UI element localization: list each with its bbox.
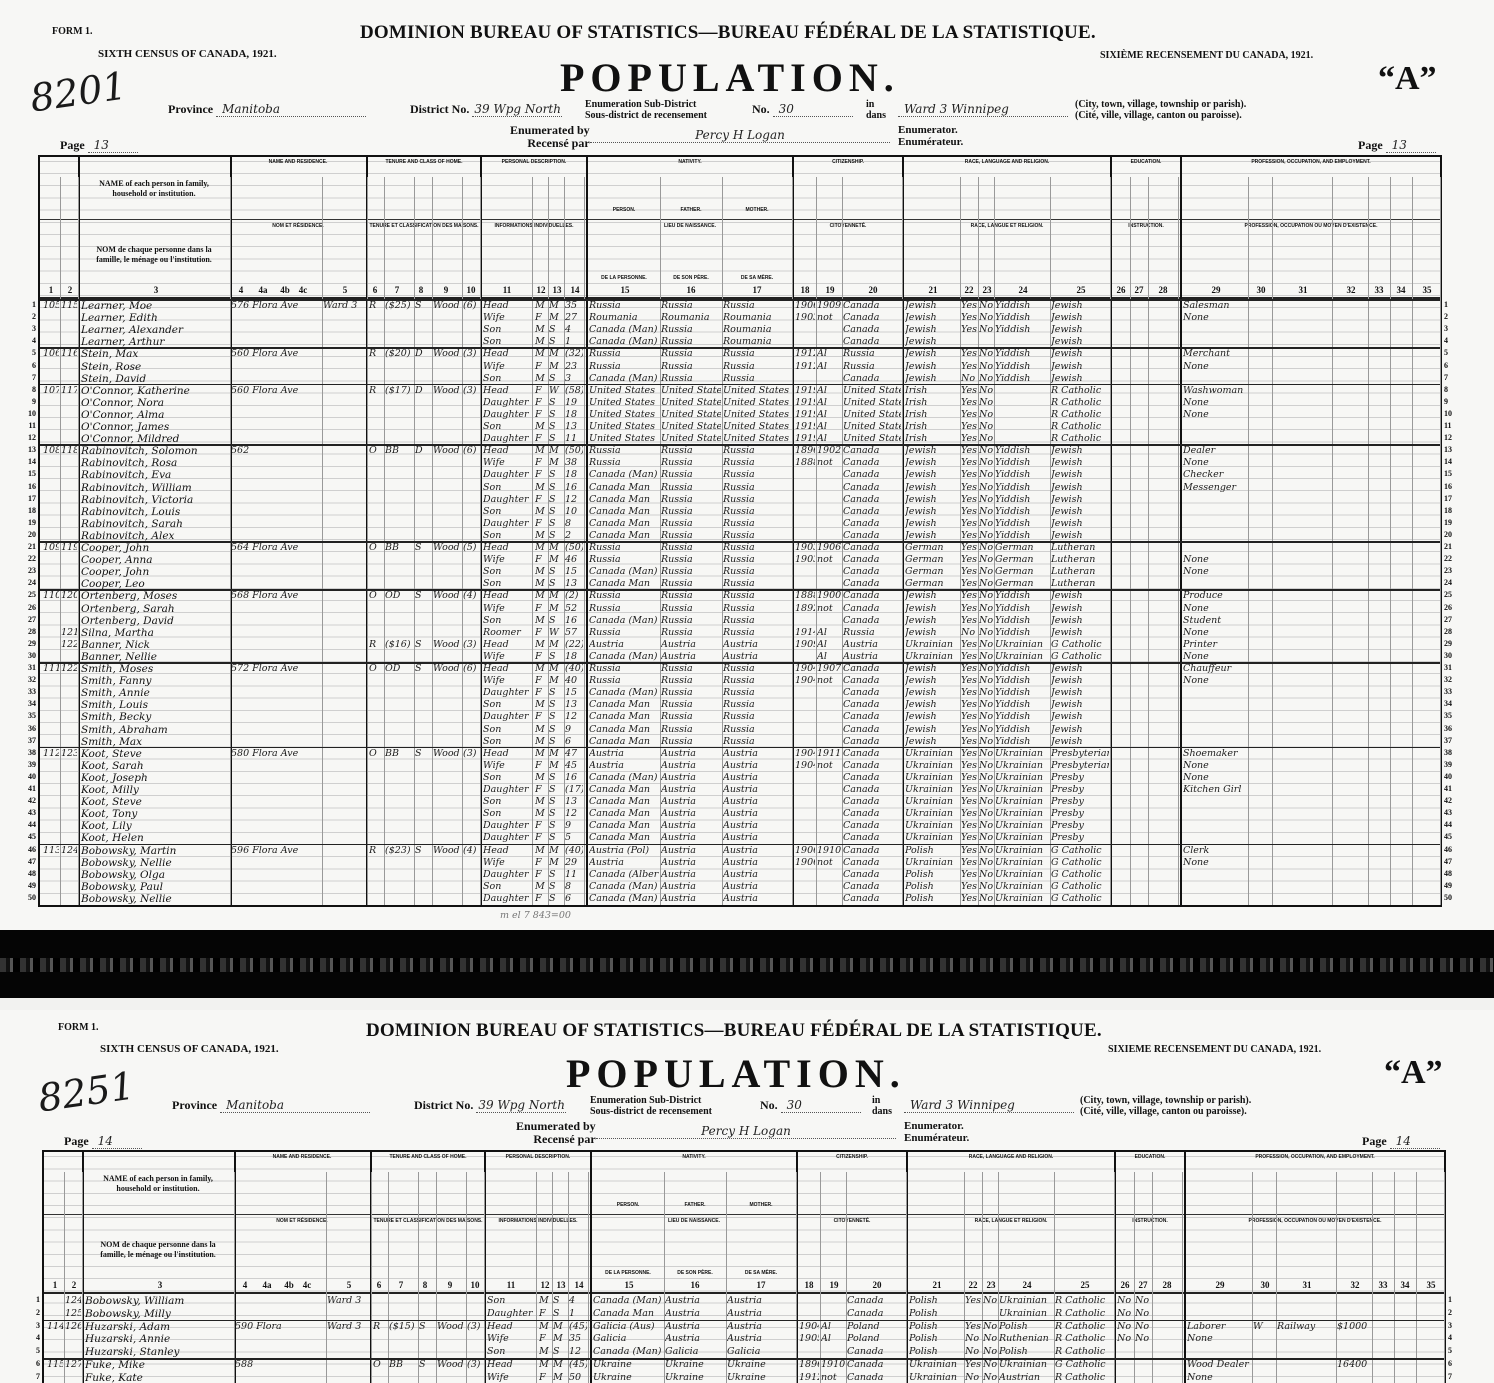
cell-wr: No — [1135, 1308, 1151, 1319]
cell-bp: Canada Man — [589, 482, 659, 493]
line-number: 15 — [1444, 469, 1462, 478]
cell-age: (58) — [565, 385, 583, 396]
cell-family: 120 — [61, 590, 77, 601]
cell-mat: Wood — [433, 663, 461, 674]
cell-res: 568 Flora Ave — [231, 590, 321, 601]
cell-fr: No — [979, 893, 993, 904]
cell-rent: BB — [385, 748, 413, 759]
line-number: 2 — [18, 312, 36, 321]
table-row: Koot, LilyDaughterFS9Canada ManAustriaAu… — [40, 820, 1440, 832]
line-number: 28 — [18, 627, 36, 636]
cell-age: 23 — [565, 361, 583, 372]
district-value: 39 Wpg North — [472, 102, 562, 117]
cell-occ: None — [1183, 760, 1247, 771]
cell-lang: Ukrainian — [999, 1295, 1053, 1306]
enumerator-field: Percy H Logan — [590, 128, 890, 143]
cell-origin: Jewish — [905, 445, 959, 456]
in-label: in dans — [866, 99, 886, 121]
line-number: 46 — [18, 845, 36, 854]
in-label: in dans — [872, 1095, 892, 1117]
column-number: 9 — [443, 1280, 457, 1290]
line-number: 5 — [22, 1346, 40, 1355]
cell-nat: 1907 — [817, 663, 841, 674]
cell-eng: No — [965, 1372, 981, 1383]
cell-name: Ortenberg, Sarah — [81, 603, 229, 615]
page-label: Page — [1358, 138, 1383, 152]
column-number: 10 — [468, 1280, 482, 1290]
cell-mar: S — [549, 711, 563, 722]
column-group-heading-fr: PROFESSION, OCCUPATION OU MOYEN D'EXISTE… — [1182, 223, 1440, 229]
cell-wr: No — [1135, 1295, 1151, 1306]
cell-relig: R Catholic — [1051, 409, 1109, 420]
cell-eng: Yes — [961, 494, 977, 505]
cell-bpf: Austria — [661, 760, 721, 771]
cell-origin: Jewish — [905, 336, 959, 347]
table-row: O'Connor, AlmaDaughterFS18United StatesU… — [40, 409, 1440, 421]
column-divider — [846, 1172, 847, 1383]
cell-bpf: Russia — [661, 530, 721, 541]
cell-eng: Yes — [961, 857, 977, 868]
cell-age: (22) — [565, 639, 583, 650]
cell-mar: S — [549, 409, 563, 420]
line-number: 15 — [18, 469, 36, 478]
cell-rel: Wife — [483, 675, 531, 686]
cell-mar: M — [549, 300, 563, 311]
cell-cls: S — [419, 1321, 435, 1332]
cell-occ: None — [1183, 772, 1247, 783]
cell-nat: not — [817, 603, 841, 614]
cell-mar: S — [549, 808, 563, 819]
cell-bpm: Galicia — [727, 1346, 795, 1357]
column-number: 9 — [439, 285, 453, 295]
cell-cls: S — [415, 663, 431, 674]
column-number: 26 — [1114, 285, 1128, 295]
table-row: 121Silna, MarthaRoomerFW57RussiaRussiaRu… — [40, 627, 1440, 639]
line-number: 12 — [1444, 433, 1462, 442]
cell-bp: Canada Man — [589, 494, 659, 505]
cell-bp: Galicia (Aus) — [593, 1321, 663, 1332]
cell-rel: Daughter — [483, 397, 531, 408]
cell-origin: Irish — [905, 397, 959, 408]
cell-age: 12 — [565, 711, 583, 722]
cell-relig: Jewish — [1051, 336, 1109, 347]
cell-sex: M — [535, 796, 547, 807]
cell-rel: Son — [483, 796, 531, 807]
cell-sex: M — [535, 542, 547, 553]
cell-lang: Yiddish — [995, 675, 1049, 686]
cell-sex: M — [535, 445, 547, 456]
column-number: 8 — [414, 285, 428, 295]
cell-origin: Jewish — [905, 469, 959, 480]
cell-nat: 1911 — [817, 748, 841, 759]
cell-tenure: O — [369, 663, 383, 674]
column-divider — [1276, 1172, 1277, 1383]
cell-fr: No — [979, 687, 993, 698]
cell-cls: S — [415, 748, 431, 759]
cell-age: 57 — [565, 627, 583, 638]
header-mid-rule — [44, 1214, 1444, 1215]
cell-relig: Jewish — [1051, 518, 1109, 529]
cell-bp: Canada (Man) — [589, 651, 659, 662]
cell-natl: Canada — [843, 518, 901, 529]
column-number: 13 — [554, 1280, 568, 1290]
cell-eng: Yes — [961, 361, 977, 372]
line-number: 40 — [1444, 772, 1462, 781]
cell-age: 16 — [565, 772, 583, 783]
page-field-left: Page 14 — [64, 1134, 142, 1149]
cell-natl: Canada — [843, 578, 901, 589]
cell-occ: Shoemaker — [1183, 748, 1247, 759]
footer-note: m el 7 843=00 — [500, 910, 800, 922]
cell-mar: S — [553, 1308, 567, 1319]
column-divider — [1416, 1172, 1417, 1383]
line-number: 37 — [1444, 736, 1462, 745]
line-number: 7 — [1444, 373, 1462, 382]
column-group-heading: RACE, LANGUAGE AND RELIGION. — [904, 159, 1110, 165]
line-number: 41 — [18, 784, 36, 793]
cell-family: 127 — [65, 1359, 81, 1370]
cell-bpm: Ukraine — [727, 1372, 795, 1383]
column-number: 2 — [63, 285, 77, 295]
line-number: 44 — [1444, 820, 1462, 829]
cell-origin: Irish — [905, 421, 959, 432]
cell-origin: Jewish — [905, 736, 959, 747]
cell-bpf: Galicia — [665, 1346, 725, 1357]
cell-eng: Yes — [965, 1295, 981, 1306]
cell-bpm: Austria — [723, 639, 791, 650]
column-divider — [82, 1172, 83, 1383]
table-row: Smith, BeckyDaughterFS12Canada ManRussia… — [40, 711, 1440, 723]
cell-mat: Wood — [437, 1359, 465, 1370]
line-number: 47 — [1444, 857, 1462, 866]
bureau-title: DOMINION BUREAU OF STATISTICS—BUREAU FÉD… — [366, 1020, 1102, 1042]
cell-origin: Jewish — [905, 457, 959, 468]
cell-relig: Presby — [1051, 820, 1109, 831]
cell-rent: ($16) — [385, 639, 413, 650]
cell-sex: M — [535, 663, 547, 674]
cell-relig: Presby — [1051, 784, 1109, 795]
cell-sex: F — [535, 433, 547, 444]
cell-nat: not — [817, 457, 841, 468]
cell-tenure: O — [373, 1359, 387, 1370]
cell-rel: Head — [483, 385, 531, 396]
cell-fr: No — [979, 784, 993, 795]
cell-fr: No — [979, 324, 993, 335]
cell-relig: Presbyterian — [1051, 760, 1109, 771]
column-number: 7 — [394, 1280, 408, 1290]
line-number: 41 — [1444, 784, 1462, 793]
cell-fr: No — [979, 530, 993, 541]
cell-lang: German — [995, 566, 1049, 577]
cell-eng: Yes — [961, 590, 977, 601]
cell-natl: Canada — [843, 845, 901, 856]
cell-eng: Yes — [961, 736, 977, 747]
line-number: 11 — [1444, 421, 1462, 430]
population-title: POPULATION. — [566, 1050, 906, 1097]
cell-bpf: Russia — [661, 445, 721, 456]
cell-eng: Yes — [961, 312, 977, 323]
cell-bpf: Russia — [661, 457, 721, 468]
line-number: 10 — [18, 409, 36, 418]
cell-fr: No — [979, 469, 993, 480]
cell-age: 35 — [569, 1333, 587, 1344]
cell-imm: 1892 — [795, 603, 815, 614]
cell-occ: Produce — [1183, 590, 1247, 601]
cell-bpf: Russia — [661, 724, 721, 735]
cell-rent: OD — [385, 590, 413, 601]
cell-fr: No — [983, 1346, 997, 1357]
cell-age: 35 — [565, 300, 583, 311]
cell-imm: 1912 — [795, 348, 815, 359]
cell-origin: Irish — [905, 433, 959, 444]
line-number: 21 — [18, 542, 36, 551]
cell-fr: No — [983, 1321, 997, 1332]
cell-eng: Yes — [961, 639, 977, 650]
column-number: 14 — [568, 285, 582, 295]
column-number: 1 — [44, 285, 58, 295]
cell-lang: Yiddish — [995, 687, 1049, 698]
cell-bpf: Austria — [665, 1295, 725, 1306]
line-number: 50 — [18, 893, 36, 902]
cell-mar: S — [549, 881, 563, 892]
cell-lang: Yiddish — [995, 736, 1049, 747]
cell-imm: 1903 — [795, 312, 815, 323]
cell-age: 47 — [565, 748, 583, 759]
cell-origin: Ukrainian — [909, 1372, 963, 1383]
subdistrict-label-fr: Sous-district de recensement — [590, 1106, 712, 1117]
line-number: 2 — [1448, 1308, 1466, 1317]
table-row: Learner, EdithWifeFM27RoumaniaRoumaniaRo… — [40, 312, 1440, 324]
cell-nat: Al — [821, 1321, 845, 1332]
cell-natl: Russia — [843, 348, 901, 359]
line-number: 38 — [18, 748, 36, 757]
line-number: 25 — [18, 590, 36, 599]
column-divider — [64, 1172, 65, 1383]
cell-age: 15 — [565, 566, 583, 577]
page-field-right: Page 14 — [1362, 1134, 1440, 1149]
cell-bpm: Austria — [723, 651, 791, 662]
cell-occ: Clerk — [1183, 845, 1247, 856]
cell-dwelling: 112 — [43, 748, 59, 759]
cell-rel: Daughter — [487, 1308, 535, 1319]
cell-bpm: Austria — [723, 881, 791, 892]
column-number: 6 — [368, 285, 382, 295]
line-number: 49 — [18, 881, 36, 890]
cell-res: 560 Flora Ave — [231, 348, 321, 359]
column-number: 15 — [622, 1280, 636, 1290]
cell-name: Cooper, Anna — [81, 554, 229, 566]
cell-mar: M — [553, 1359, 567, 1370]
cell-eng: Yes — [961, 784, 977, 795]
cell-tenure: O — [369, 590, 383, 601]
cell-rel: Head — [483, 845, 531, 856]
cell-bpm: Russia — [723, 699, 791, 710]
cell-tenure: R — [369, 639, 383, 650]
cell-bpm: Russia — [723, 445, 791, 456]
line-number: 46 — [1444, 845, 1462, 854]
column-group-heading-fr: INSTRUCTION. — [1116, 1218, 1184, 1224]
cell-bp: Canada (Man) — [589, 469, 659, 480]
cell-imm: 1896 — [799, 1359, 819, 1370]
cell-family: 118 — [61, 445, 77, 456]
cell-age: 12 — [565, 808, 583, 819]
cell-age: (17) — [565, 784, 583, 795]
cell-mar: M — [549, 542, 563, 553]
cell-sex: F — [535, 518, 547, 529]
cell-origin: Jewish — [905, 373, 959, 384]
table-row: Rabinovitch, WilliamSonMS16Canada ManRus… — [40, 482, 1440, 494]
enumerator-field: Percy H Logan — [596, 1124, 896, 1139]
cell-natl: Poland — [847, 1333, 905, 1344]
column-divider — [820, 1172, 821, 1383]
cell-lang: Ukrainian — [995, 796, 1049, 807]
table-row: Koot, JosephSonMS16Canada (Man)AustriaAu… — [40, 772, 1440, 784]
cell-fr: No — [979, 578, 993, 589]
column-divider — [726, 1172, 727, 1383]
cell-origin: German — [905, 554, 959, 565]
cell-eng: Yes — [961, 687, 977, 698]
cell-earn: $1000 — [1337, 1321, 1371, 1332]
cell-fr: No — [983, 1359, 997, 1370]
cell-bpm: Russia — [723, 482, 791, 493]
cell-imm: 1904 — [795, 760, 815, 771]
cell-age: 8 — [565, 518, 583, 529]
column-number: 1 — [48, 1280, 62, 1290]
in-label-fr: dans — [872, 1106, 892, 1117]
cell-fr: No — [979, 457, 993, 468]
cell-emp: W — [1253, 1321, 1275, 1332]
cell-bpm: Russia — [723, 300, 791, 311]
cell-bp: United States — [589, 409, 659, 420]
column-divider — [388, 1172, 389, 1383]
cell-tenure: R — [369, 348, 383, 359]
column-number: 12 — [534, 285, 548, 295]
cell-age: 1 — [565, 336, 583, 347]
cell-natl: Canada — [843, 857, 901, 868]
cell-bpm: United States — [723, 385, 791, 396]
cell-natl: Canada — [843, 324, 901, 335]
cell-imm: 1906 — [795, 857, 815, 868]
line-number: 3 — [22, 1321, 40, 1330]
cell-natl: Canada — [847, 1308, 905, 1319]
column-divider — [1252, 1172, 1253, 1383]
cell-natl: United States — [843, 385, 901, 396]
cell-sex: F — [535, 627, 547, 638]
cell-eng: Yes — [961, 651, 977, 662]
cell-bpm: Austria — [723, 796, 791, 807]
cell-mar: M — [549, 361, 563, 372]
cell-bpf: Russia — [661, 663, 721, 674]
table-row: Rabinovitch, VictoriaDaughterFS12Canada … — [40, 494, 1440, 506]
cell-wr: No — [1135, 1321, 1151, 1332]
line-number: 36 — [18, 724, 36, 733]
cell-lang: Yiddish — [995, 482, 1049, 493]
cell-sex: F — [535, 857, 547, 868]
subdistrict-label: Enumeration Sub-District Sous-district d… — [585, 99, 707, 121]
cell-natl: Canada — [843, 736, 901, 747]
cell-nat: Al — [817, 397, 841, 408]
cell-family: 124 — [65, 1295, 81, 1306]
cell-rent: ($15) — [389, 1321, 417, 1332]
cell-bpm: Austria — [723, 772, 791, 783]
cell-origin: Jewish — [905, 687, 959, 698]
cell-name: O'Connor, Katherine — [81, 385, 229, 397]
enumerated-by-fr: Recensé par — [516, 1133, 596, 1146]
cell-origin: Jewish — [905, 530, 959, 541]
cell-bp: Galicia — [593, 1333, 663, 1344]
cell-lit: No — [1117, 1333, 1133, 1344]
table-row: Cooper, AnnaWifeFM46RussiaRussiaRussia19… — [40, 554, 1440, 566]
cell-nat: not — [817, 760, 841, 771]
cell-rel: Son — [483, 881, 531, 892]
cell-relig: Jewish — [1051, 724, 1109, 735]
cell-lang: Yiddish — [995, 445, 1049, 456]
table-row: Stein, RoseWifeFM23RussiaRussiaRussia191… — [40, 361, 1440, 373]
line-number: 20 — [18, 530, 36, 539]
line-number: 32 — [1444, 675, 1462, 684]
line-number: 13 — [18, 445, 36, 454]
cell-lit: No — [1117, 1321, 1133, 1332]
cell-natl: Canada — [843, 445, 901, 456]
cell-mar: S — [549, 615, 563, 626]
cell-bpf: Russia — [661, 736, 721, 747]
cell-nat: Al — [817, 433, 841, 444]
cell-bpm: Austria — [723, 869, 791, 880]
line-number: 36 — [1444, 724, 1462, 733]
cell-name: O'Connor, James — [81, 421, 229, 433]
cell-sex: F — [535, 760, 547, 771]
cell-relig: Lutheran — [1051, 566, 1109, 577]
cell-origin: Irish — [905, 385, 959, 396]
cell-rel: Head — [483, 542, 531, 553]
subdistrict-label-en: Enumeration Sub-District — [585, 99, 707, 110]
line-number: 22 — [1444, 554, 1462, 563]
cell-sex: F — [535, 469, 547, 480]
name-column-heading: NAME of each person in family, household… — [88, 1174, 228, 1194]
cell-relig: Jewish — [1051, 603, 1109, 614]
column-number: 5 — [338, 285, 352, 295]
cell-sex: M — [535, 615, 547, 626]
cell-bpm: Austria — [727, 1308, 795, 1319]
cell-mar: M — [549, 845, 563, 856]
cell-rel: Head — [483, 663, 531, 674]
cell-name: Koot, Milly — [81, 784, 229, 796]
cell-rel: Head — [483, 590, 531, 601]
cell-bp: Canada Man — [589, 724, 659, 735]
cell-bpf: Austria — [661, 869, 721, 880]
cell-bpm: Austria — [723, 748, 791, 759]
cell-origin: Polish — [909, 1333, 963, 1344]
cell-bpm: Russia — [723, 578, 791, 589]
cell-bp: Canada Man — [589, 796, 659, 807]
column-group-divider — [1180, 157, 1182, 905]
cell-mar: S — [549, 796, 563, 807]
cell-rooms: (3) — [463, 385, 479, 396]
cell-origin: Ukrainian — [905, 748, 959, 759]
cell-bp: Austria — [589, 760, 659, 771]
cell-name: Bobowsky, Nellie — [81, 893, 229, 905]
cell-bpm: Russia — [723, 724, 791, 735]
column-number: 23 — [984, 1280, 998, 1290]
cell-mat: Wood — [433, 748, 461, 759]
column-divider — [982, 1172, 983, 1383]
column-group-heading-fr: LIEU DE NAISSANCE. — [588, 223, 792, 229]
cell-rel: Daughter — [483, 494, 531, 505]
line-number: 3 — [1444, 324, 1462, 333]
cell-bp: Roumania — [589, 312, 659, 323]
cell-family: 116 — [61, 348, 77, 359]
cell-mar: M — [549, 348, 563, 359]
